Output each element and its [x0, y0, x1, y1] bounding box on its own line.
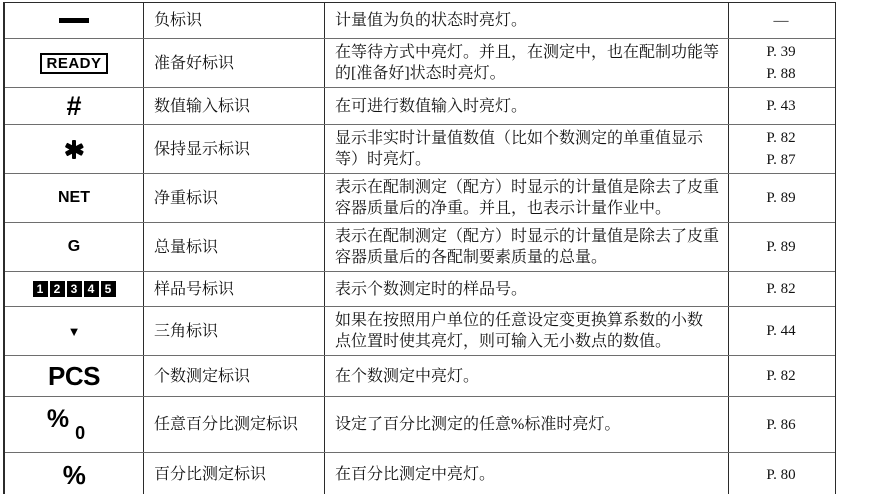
sample-digit-box: 2	[50, 281, 65, 297]
table-row: % 百分比测定标识 在百分比测定中亮灯。 P. 80	[5, 453, 835, 494]
page-reference-cell: P. 82	[729, 356, 833, 396]
indicator-description-cell: 显示非实时计量值数值（比如个数测定的单重值显示 等）时亮灯。	[325, 125, 729, 173]
page-reference-cell: P. 82 P. 87	[729, 125, 833, 173]
sample-number-indicator-icons: 12345	[33, 281, 116, 297]
indicator-description-cell: 表示在配制测定（配方）时显示的计量值是除去了皮重 容器质量后的各配制要素质量的总…	[325, 223, 729, 271]
indicator-name-cell: 任意百分比测定标识	[144, 397, 325, 452]
indicator-name-cell: 数值输入标识	[144, 88, 325, 124]
indicator-description-cell: 在可进行数值输入时亮灯。	[325, 88, 729, 124]
indicator-description: 设定了百分比测定的任意%标准时亮灯。	[335, 414, 620, 435]
indicator-symbol-cell: %0	[5, 397, 144, 452]
indicator-name-cell: 负标识	[144, 3, 325, 38]
indicator-description: 表示在配制测定（配方）时显示的计量值是除去了皮重 容器质量后的各配制要素质量的总…	[335, 226, 719, 268]
sample-digit-box: 3	[67, 281, 82, 297]
page-reference-cell: P. 44	[729, 307, 833, 355]
table-row: PCS 个数测定标识 在个数测定中亮灯。 P. 82	[5, 356, 835, 397]
table-row: %0 任意百分比测定标识 设定了百分比测定的任意%标准时亮灯。 P. 86	[5, 397, 835, 453]
indicator-symbol-cell	[5, 3, 144, 38]
indicator-name: 总量标识	[154, 237, 218, 258]
indicator-description-cell: 设定了百分比测定的任意%标准时亮灯。	[325, 397, 729, 452]
indicator-description-cell: 如果在按照用户单位的任意设定变更换算系数的小数 点位置时使其亮灯，则可输入无小数…	[325, 307, 729, 355]
indicator-symbol-cell: NET	[5, 174, 144, 222]
indicator-description-cell: 在百分比测定中亮灯。	[325, 453, 729, 494]
page-reference-cell: —	[729, 3, 833, 38]
page-reference-cell: P. 86	[729, 397, 833, 452]
indicator-description: 在等待方式中亮灯。并且，在测定中，也在配制功能等 的[准备好]状态时亮灯。	[335, 42, 719, 84]
indicator-name: 数值输入标识	[154, 96, 250, 117]
sample-digit-box: 4	[84, 281, 99, 297]
indicator-description: 显示非实时计量值数值（比如个数测定的单重值显示 等）时亮灯。	[335, 128, 703, 170]
indicator-symbol-cell: 12345	[5, 272, 144, 306]
table-row: ▼ 三角标识 如果在按照用户单位的任意设定变更换算系数的小数 点位置时使其亮灯，…	[5, 307, 835, 356]
net-indicator-label: NET	[58, 190, 90, 206]
sample-digit-box: 1	[33, 281, 48, 297]
pcs-indicator-label: PCS	[48, 363, 100, 389]
indicator-name-cell: 净重标识	[144, 174, 325, 222]
indicator-name-cell: 个数测定标识	[144, 356, 325, 396]
table-row: # 数值输入标识 在可进行数值输入时亮灯。 P. 43	[5, 88, 835, 125]
page-reference: P. 89	[766, 187, 795, 209]
indicator-name: 保持显示标识	[154, 139, 250, 160]
indicator-name-cell: 保持显示标识	[144, 125, 325, 173]
indicator-name-cell: 样品号标识	[144, 272, 325, 306]
indicator-table: 负标识 计量值为负的状态时亮灯。 — READY 准备好标识 在等待方式中亮灯。…	[3, 2, 836, 494]
table-row: NET 净重标识 表示在配制测定（配方）时显示的计量值是除去了皮重 容器质量后的…	[5, 174, 835, 223]
indicator-description: 表示个数测定时的样品号。	[335, 279, 527, 300]
indicator-symbol-cell: READY	[5, 39, 144, 87]
ready-indicator-badge: READY	[40, 53, 107, 74]
page-reference: P. 82	[766, 278, 795, 300]
indicator-name: 净重标识	[154, 188, 218, 209]
table-row: READY 准备好标识 在等待方式中亮灯。并且，在测定中，也在配制功能等 的[准…	[5, 39, 835, 88]
indicator-symbol-cell: ▼	[5, 307, 144, 355]
indicator-symbol-cell	[5, 125, 144, 173]
table-row: 12345 样品号标识 表示个数测定时的样品号。 P. 82	[5, 272, 835, 307]
page-reference: P. 89	[766, 236, 795, 258]
hold-display-indicator-icon	[64, 139, 85, 160]
indicator-name: 准备好标识	[154, 53, 234, 74]
page-reference: P. 43	[766, 95, 795, 117]
indicator-description: 如果在按照用户单位的任意设定变更换算系数的小数 点位置时使其亮灯，则可输入无小数…	[335, 310, 703, 352]
page-reference: P. 82	[766, 365, 795, 387]
indicator-name-cell: 三角标识	[144, 307, 325, 355]
indicator-symbol-cell: PCS	[5, 356, 144, 396]
page-reference-cell: P. 43	[729, 88, 833, 124]
page-reference-cell: P. 89	[729, 174, 833, 222]
indicator-name: 负标识	[154, 10, 202, 31]
indicator-name-cell: 百分比测定标识	[144, 453, 325, 494]
indicator-description: 表示在配制测定（配方）时显示的计量值是除去了皮重 容器质量后的净重。并且，也表示…	[335, 177, 719, 219]
indicator-symbol-cell: G	[5, 223, 144, 271]
page-reference: P. 86	[766, 414, 795, 436]
indicator-name-cell: 准备好标识	[144, 39, 325, 87]
indicator-name: 样品号标识	[154, 279, 234, 300]
triangle-indicator-icon: ▼	[68, 325, 81, 338]
indicator-name: 三角标识	[154, 321, 218, 342]
indicator-description: 计量值为负的状态时亮灯。	[335, 10, 527, 31]
page-reference: P. 44	[766, 320, 795, 342]
gross-indicator-label: G	[68, 239, 80, 255]
page-reference: P. 39 P. 88	[766, 41, 795, 85]
page-reference-cell: P. 82	[729, 272, 833, 306]
page-reference-cell: P. 80	[729, 453, 833, 494]
page-reference: P. 80	[766, 464, 795, 486]
indicator-description: 在个数测定中亮灯。	[335, 366, 479, 387]
page-reference-cell: P. 39 P. 88	[729, 39, 833, 87]
page-reference: P. 82 P. 87	[766, 127, 795, 171]
indicator-description-cell: 表示个数测定时的样品号。	[325, 272, 729, 306]
indicator-description-cell: 表示在配制测定（配方）时显示的计量值是除去了皮重 容器质量后的净重。并且，也表示…	[325, 174, 729, 222]
indicator-name: 任意百分比测定标识	[154, 414, 298, 435]
indicator-description-cell: 在等待方式中亮灯。并且，在测定中，也在配制功能等 的[准备好]状态时亮灯。	[325, 39, 729, 87]
indicator-description: 在可进行数值输入时亮灯。	[335, 96, 527, 117]
indicator-description-cell: 在个数测定中亮灯。	[325, 356, 729, 396]
arbitrary-percent-indicator-icon: %0	[47, 407, 85, 442]
indicator-name: 百分比测定标识	[154, 464, 266, 485]
table-row: 保持显示标识 显示非实时计量值数值（比如个数测定的单重值显示 等）时亮灯。 P.…	[5, 125, 835, 174]
indicator-name-cell: 总量标识	[144, 223, 325, 271]
minus-indicator-icon	[59, 18, 89, 23]
indicator-description: 在百分比测定中亮灯。	[335, 464, 495, 485]
indicator-name: 个数测定标识	[154, 366, 250, 387]
indicator-description-cell: 计量值为负的状态时亮灯。	[325, 3, 729, 38]
percent-indicator-label: %	[63, 462, 86, 488]
indicator-symbol-cell: #	[5, 88, 144, 124]
page-reference-cell: P. 89	[729, 223, 833, 271]
sample-digit-box: 5	[101, 281, 116, 297]
indicator-symbol-cell: %	[5, 453, 144, 494]
manual-page: 负标识 计量值为负的状态时亮灯。 — READY 准备好标识 在等待方式中亮灯。…	[0, 0, 888, 494]
numeric-input-indicator-icon: #	[66, 93, 81, 120]
page-reference: —	[774, 10, 789, 32]
table-row: 负标识 计量值为负的状态时亮灯。 —	[5, 3, 835, 39]
table-row: G 总量标识 表示在配制测定（配方）时显示的计量值是除去了皮重 容器质量后的各配…	[5, 223, 835, 272]
